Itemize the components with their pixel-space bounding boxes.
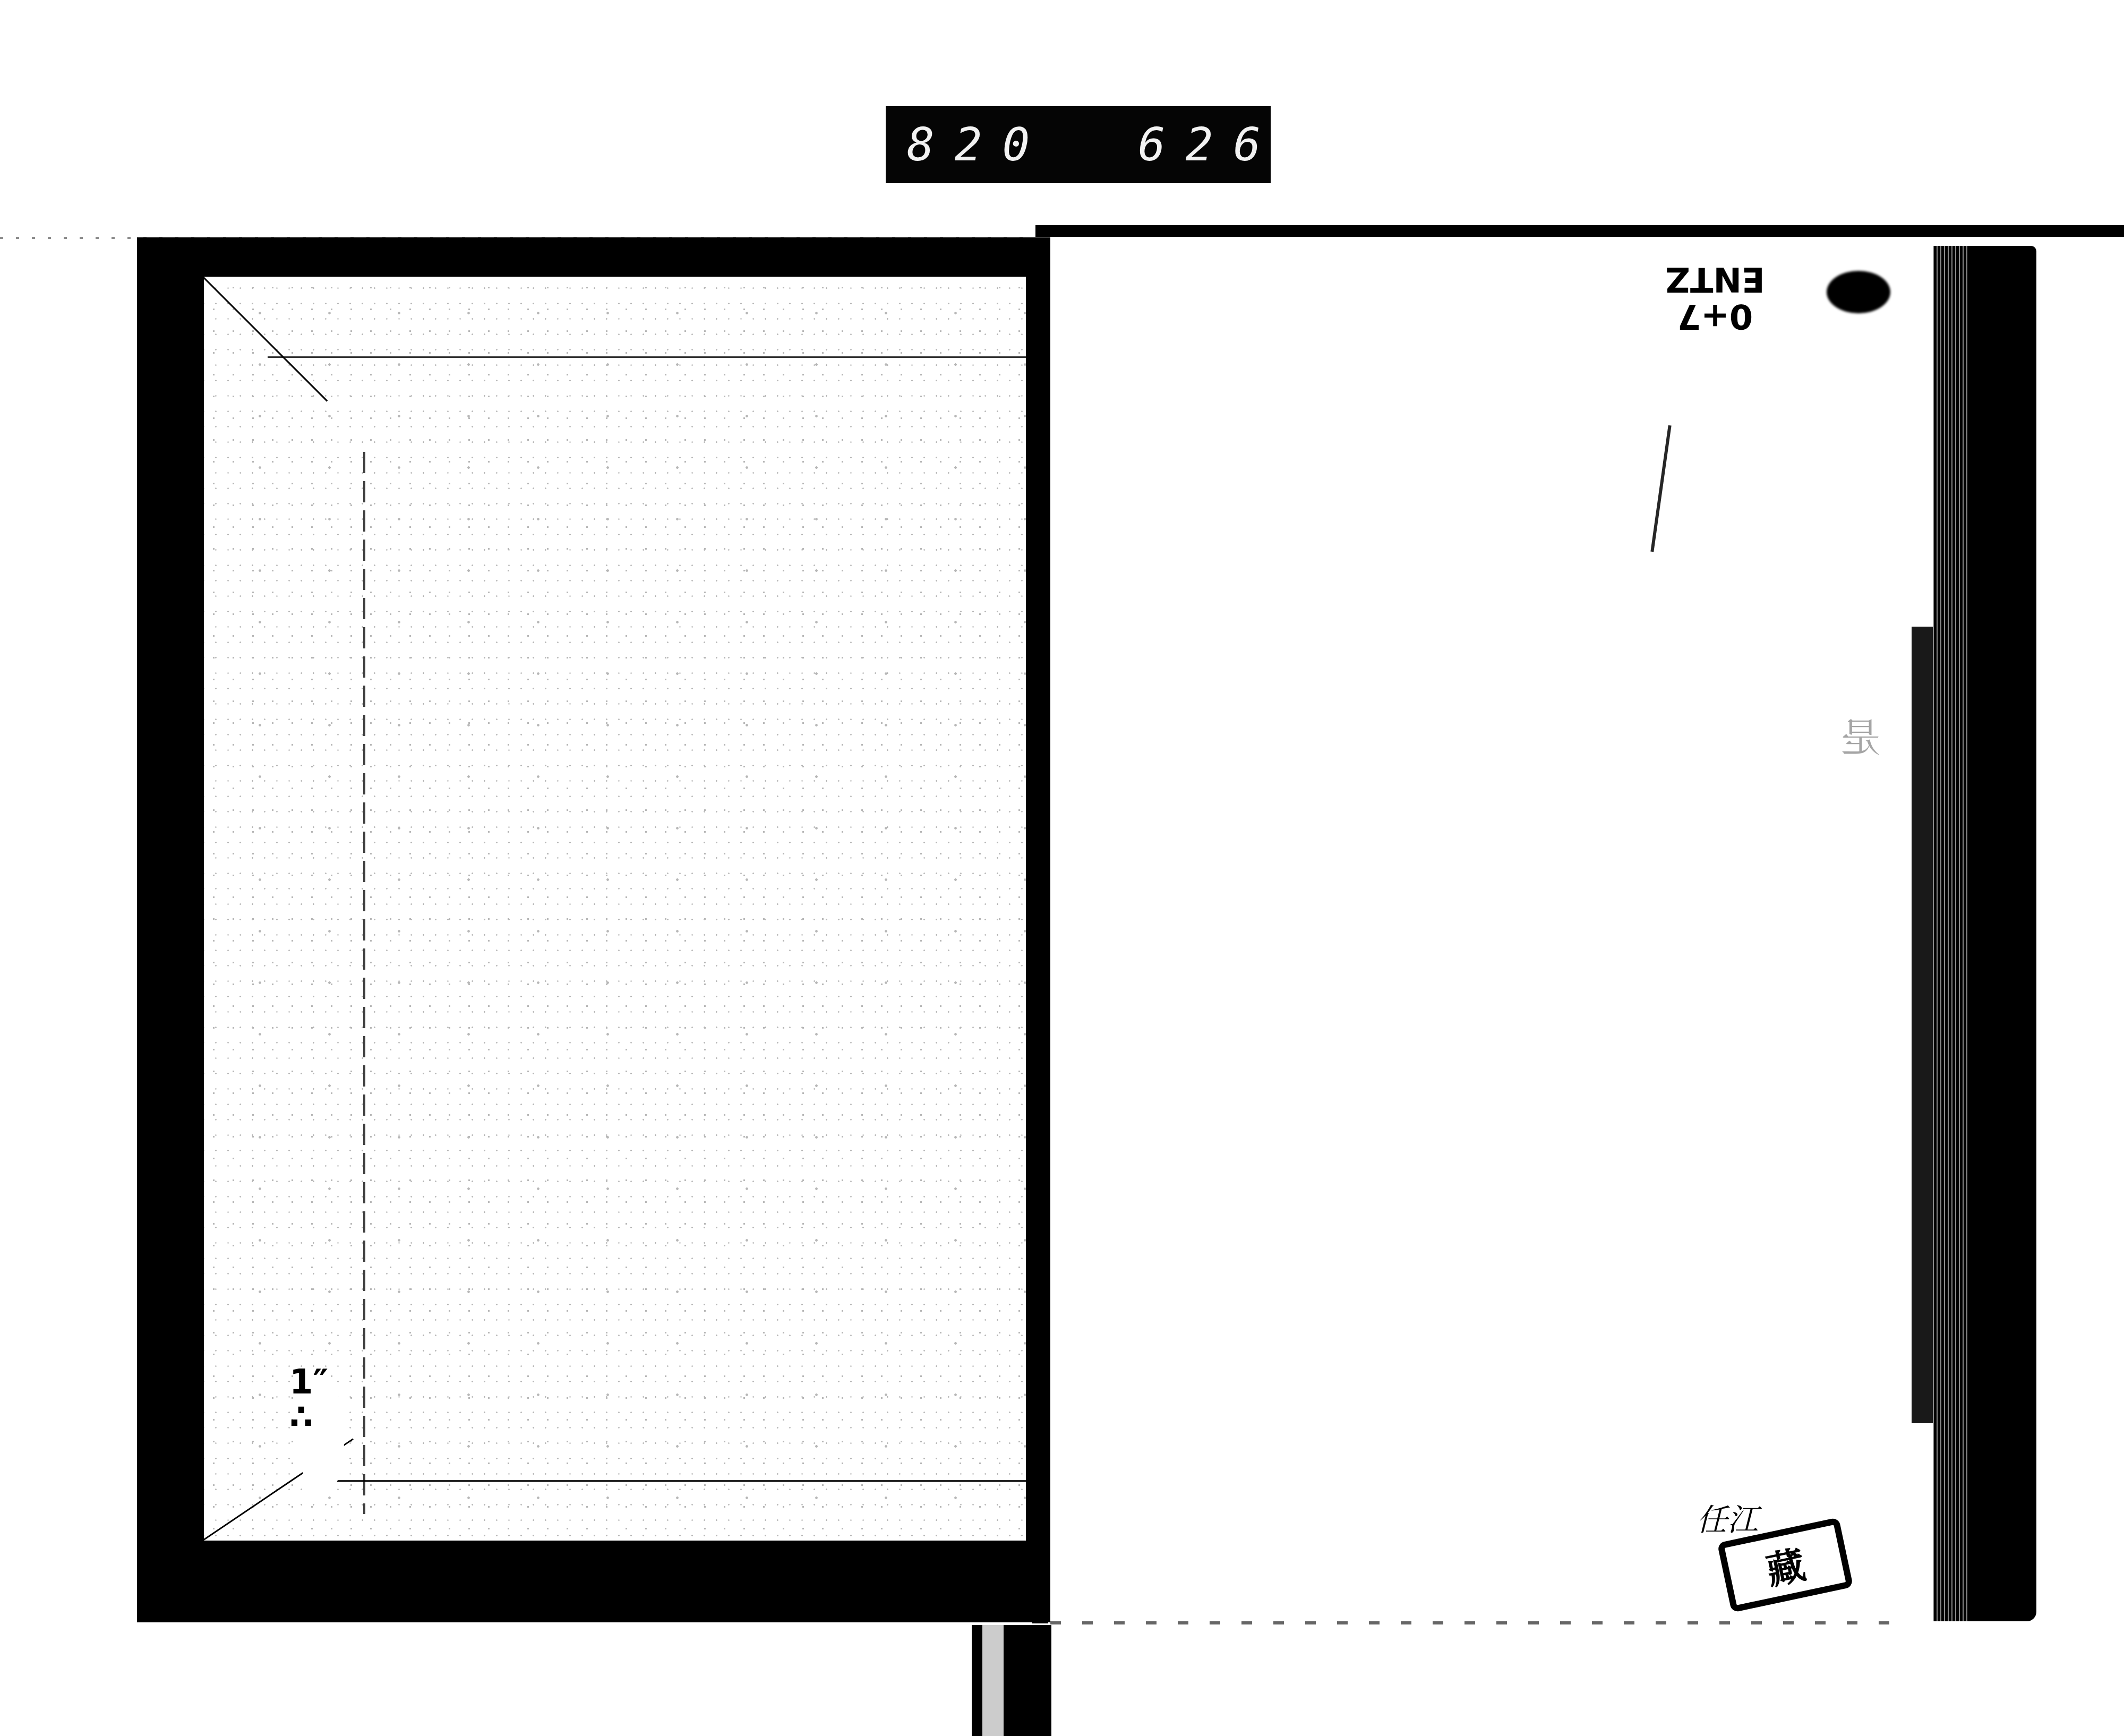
spine-tab [972, 1625, 1051, 1736]
page-stack [1933, 246, 2036, 1621]
left-cover-board [137, 237, 1050, 1622]
paper-crack [363, 452, 365, 1514]
handwritten-shelfmark: 0+7 ENTZ [1625, 260, 1805, 335]
page-bottom-edge [1050, 1621, 1900, 1624]
turn-in-edge-bottom [315, 1480, 1026, 1482]
seal-text: 藏 [1761, 1534, 1810, 1596]
ink-blot [1827, 271, 1890, 313]
margin-mark: 1″ ∴ [289, 1365, 328, 1435]
frame-number-right: 626 [1138, 120, 1281, 170]
page-edges [1933, 246, 1970, 1621]
spine-edge [1032, 237, 1048, 1623]
frame-counter: 820 626 [886, 106, 1271, 183]
right-page [1050, 237, 1938, 1624]
paper-speckle [204, 277, 1026, 1541]
handwritten-signature: 任江 [1697, 1495, 1758, 1540]
spine-highlight [982, 1625, 1004, 1736]
frame-number-left: 820 [907, 120, 1050, 170]
showthrough-text-column: 是 [1832, 717, 1896, 756]
top-rule [1035, 225, 2124, 237]
turn-in-edge-top [268, 356, 1026, 358]
left-pastedown [204, 277, 1026, 1541]
